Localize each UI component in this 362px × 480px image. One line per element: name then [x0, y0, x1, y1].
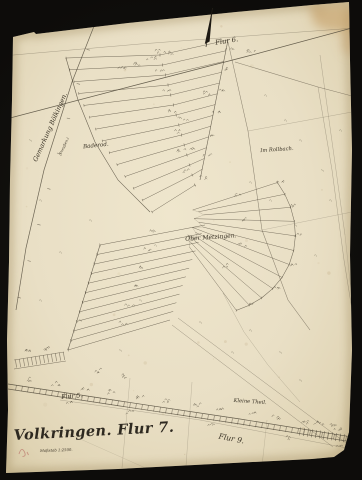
- map-sheet: Flur 6. Gemarkung Bölkingen. (Preußen.) …: [0, 0, 362, 480]
- photo-background: Flur 6. Gemarkung Bölkingen. (Preußen.) …: [0, 0, 362, 480]
- paper-sheet: [6, 2, 352, 473]
